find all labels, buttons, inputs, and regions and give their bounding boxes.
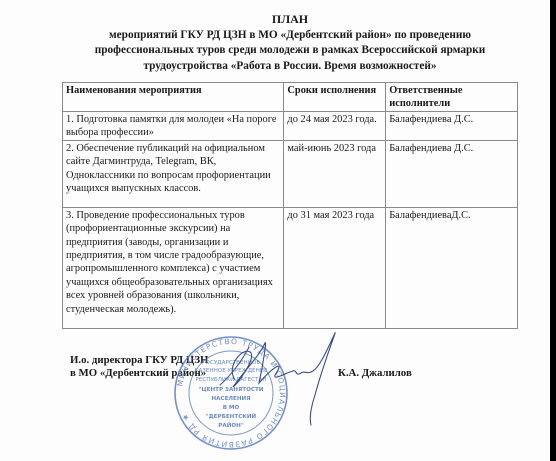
document-page: ПЛАН мероприятий ГКУ РД ЦЗН в МО «Дербен… xyxy=(0,0,550,461)
header-event: Наименования мероприятия xyxy=(63,83,284,112)
document-title: ПЛАН xyxy=(60,12,520,28)
subtitle-line-1: мероприятий ГКУ РД ЦЗН в МО «Дербентский… xyxy=(60,28,520,44)
signatory-name: К.А. Джалилов xyxy=(338,367,412,379)
responsible-cell: Балафендиева Д.С. xyxy=(386,140,518,207)
event-cell: 1. Подготовка памятки для молодеи «На по… xyxy=(63,112,284,141)
responsible-cell: Балафендиева Д.С. xyxy=(386,112,518,141)
deadline-cell: май-июнь 2023 года xyxy=(284,140,386,207)
table-row: 2. Обеспечение публикаций на официальном… xyxy=(63,140,518,207)
subtitle-line-3: трудоустройства «Работа в России. Время … xyxy=(60,59,520,75)
responsible-cell: БалафендиеваД.С. xyxy=(386,207,518,328)
table-row: 3. Проведение профессиональных туров (пр… xyxy=(63,207,518,328)
plan-table: Наименования мероприятия Сроки исполнени… xyxy=(62,82,518,329)
table-header-row: Наименования мероприятия Сроки исполнени… xyxy=(63,83,518,112)
event-cell: 3. Проведение профессиональных туров (пр… xyxy=(63,207,284,328)
scan-edge-shadow xyxy=(550,0,556,461)
event-cell: 2. Обеспечение публикаций на официальном… xyxy=(63,140,284,207)
handwritten-signature-icon xyxy=(215,325,355,435)
document-header: ПЛАН мероприятий ГКУ РД ЦЗН в МО «Дербен… xyxy=(60,12,520,74)
header-responsible: Ответственные исполнители xyxy=(386,83,518,112)
table-row: 1. Подготовка памятки для молодеи «На по… xyxy=(63,112,518,141)
deadline-cell: до 24 мая 2023 года. xyxy=(284,112,386,141)
subtitle-line-2: профессиональных туров среди молодежи в … xyxy=(60,43,520,59)
deadline-cell: до 31 мая 2023 года xyxy=(284,207,386,328)
header-deadline: Сроки исполнения xyxy=(284,83,386,112)
